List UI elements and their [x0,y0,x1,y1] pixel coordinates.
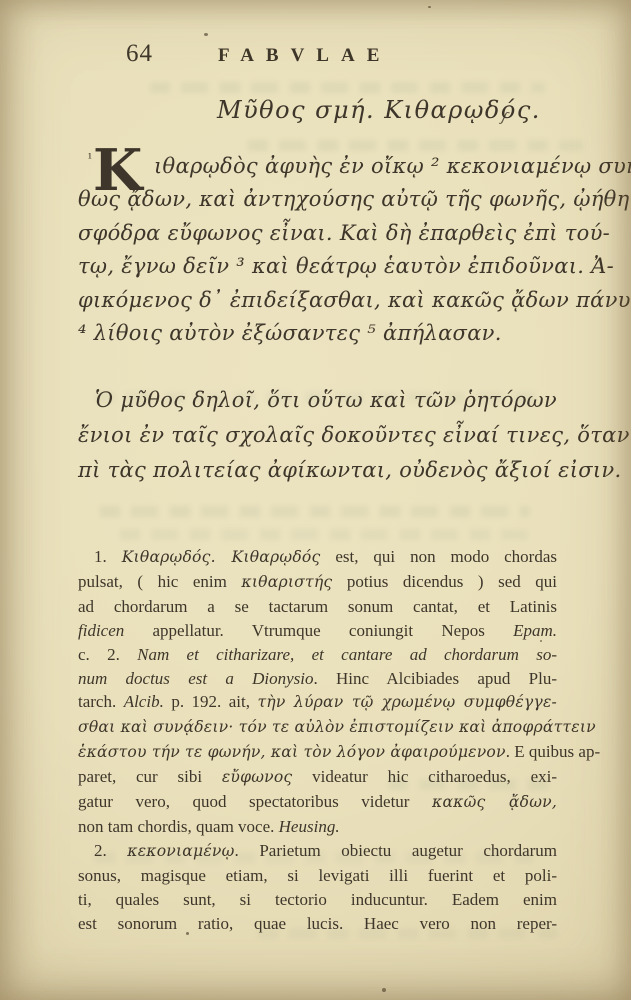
roman-phrase: gatur vero, quod spectatoribus videtur [78,792,432,811]
commentary-line: sonus, magisque etiam, si levigati illi … [78,864,557,888]
fable-line: σφόδρα εὔφωνος εἶναι. Καὶ δὴ ἐπαρθεὶς ἐπ… [78,217,557,250]
roman-phrase: c. 2. [78,645,137,664]
commentary-line: 1. Κιθαρῳδός. Κιθαρῳδός est, qui non mod… [78,545,557,570]
commentary-line: fidicen appellatur. Vtrumque coniungit N… [78,619,557,643]
commentary-line: est sonorum ratio, quae lucis. Haec vero… [78,912,557,936]
roman-phrase: . Parietum obiectu augetur chordarum [235,841,557,860]
italic-phrase: Nam et citharizare, et cantare ad chorda… [137,645,557,664]
roman-phrase: appellatur. Vtrumque coniungit Nepos [124,621,513,640]
roman-phrase: non tam chordis, quam voce. [78,817,279,836]
roman-phrase: paret, cur sibi [78,767,222,786]
italic-phrase: fidicen [78,621,124,640]
greek-phrase: σθαι καὶ συνᾴδειν· τόν τε αὐλὸν ἐπιστομί… [78,718,596,736]
fable-line: φικόμενος δ᾽ ἐπιδείξασθαι, καὶ κακῶς ᾄδω… [78,284,557,317]
italic-phrase: Epam. [513,621,557,640]
ink-speck [204,33,208,36]
moral-line: Ὁ μῦθος δηλοῖ, ὅτι οὕτω καὶ τῶν ῥητόρων [78,383,557,418]
commentary-line: paret, cur sibi εὔφωνος videatur hic cit… [78,765,557,790]
italic-phrase: Heusing. [279,817,340,836]
greek-phrase: κακῶς ᾄδων, [432,793,557,811]
roman-phrase: . E quibus ap- [506,742,600,761]
running-title: FABVLAE [218,45,391,67]
bleedthrough-ghost [150,82,545,93]
ink-speck [428,6,431,8]
roman-phrase: 1. [94,547,122,566]
greek-phrase: ἑκάστου τήν τε φωνήν, καὶ τὸν λόγον ἀφαι… [78,743,506,761]
greek-phrase: κεκονιαμένῳ [127,842,234,860]
bleedthrough-ghost [100,506,530,517]
italic-phrase: Alcib. [124,692,164,711]
commentary-line: ad chordarum a se tactarum sonum cantat,… [78,595,557,619]
fable-line: ⁴ λίθοις αὐτὸν ἐξώσαντες ⁵ ἀπήλασαν. [78,317,557,350]
commentary-line: num doctus est a Dionysio. Hinc Alcibiad… [78,667,557,691]
moral-text: Ὁ μῦθος δηλοῖ, ὅτι οὕτω καὶ τῶν ῥητόρωνἔ… [78,383,557,488]
fable-text: ιθαρῳδὸς ἀφυὴς ἐν οἴκῳ ² κεκονιαμένῳ συν… [78,150,557,350]
commentary-text: 1. Κιθαρῳδός. Κιθαρῳδός est, qui non mod… [78,545,557,936]
roman-phrase: est, qui non modo chordas [320,547,557,566]
commentary-line: ἑκάστου τήν τε φωνήν, καὶ τὸν λόγον ἀφαι… [78,740,557,765]
greek-phrase: εὔφωνος [222,768,292,786]
roman-phrase: pulsat, ( hic enim [78,572,241,591]
ink-speck [382,988,386,992]
commentary-line: 2. κεκονιαμένῳ. Parietum obiectu augetur… [78,839,557,864]
fable-line: ιθαρῳδὸς ἀφυὴς ἐν οἴκῳ ² κεκονιαμένῳ συν… [78,150,557,183]
roman-phrase: sonus, magisque etiam, si levigati illi … [78,866,557,885]
fable-title: Μῦθος σμή. Κιθαρῳδός. [217,96,541,124]
greek-phrase: Κιθαρῳδός. Κιθαρῳδός [122,548,321,566]
greek-phrase: κιθαριστής [241,573,332,591]
roman-phrase: potius dicendus ) sed qui [332,572,557,591]
roman-phrase: est sonorum ratio, quae lucis. Haec vero… [78,914,557,933]
commentary-line: non tam chordis, quam voce. Heusing. [78,815,557,839]
commentary-line: tarch. Alcib. p. 192. ait, τὴν λύραν τῷ … [78,690,557,715]
roman-phrase: ti, quales sunt, si tectorio inducuntur.… [78,890,557,909]
commentary-line: σθαι καὶ συνᾴδειν· τόν τε αὐλὸν ἐπιστομί… [78,715,557,740]
roman-phrase: tarch. [78,692,124,711]
commentary-line: gatur vero, quod spectatoribus videtur κ… [78,790,557,815]
commentary-line: ti, quales sunt, si tectorio inducuntur.… [78,888,557,912]
bleedthrough-ghost [120,529,535,540]
roman-phrase: p. 192. ait, [164,692,258,711]
moral-line: πὶ τὰς πολιτείας ἀφίκωνται, οὐδενὸς ἄξιο… [78,453,557,488]
roman-phrase: 2. [94,841,127,860]
italic-phrase: num doctus est a Dionysio [78,669,313,688]
fable-line: τῳ, ἔγνω δεῖν ³ καὶ θεάτρῳ ἑαυτὸν ἐπιδοῦ… [78,250,557,283]
fable-line: θως ᾄδων, καὶ ἀντηχούσης αὐτῷ τῆς φωνῆς,… [78,183,557,216]
greek-phrase: τὴν λύραν τῷ χρωμένῳ συμφθέγγε- [257,693,557,711]
page-number: 64 [126,40,153,68]
commentary-line: pulsat, ( hic enim κιθαριστής potius dic… [78,570,557,595]
roman-phrase: ad chordarum a se tactarum sonum cantat,… [78,597,557,616]
roman-phrase: . Hinc Alcibiades apud Plu- [313,669,557,688]
book-page: 64 FABVLAE Μῦθος σμή. Κιθαρῳδός. ʃ ¹Κ ιθ… [0,0,631,1000]
commentary-line: c. 2. Nam et citharizare, et cantare ad … [78,643,557,667]
roman-phrase: videatur hic citharoedus, exi- [292,767,557,786]
moral-line: ἔνιοι ἐν ταῖς σχολαῖς δοκοῦντες εἶναί τι… [78,418,557,453]
